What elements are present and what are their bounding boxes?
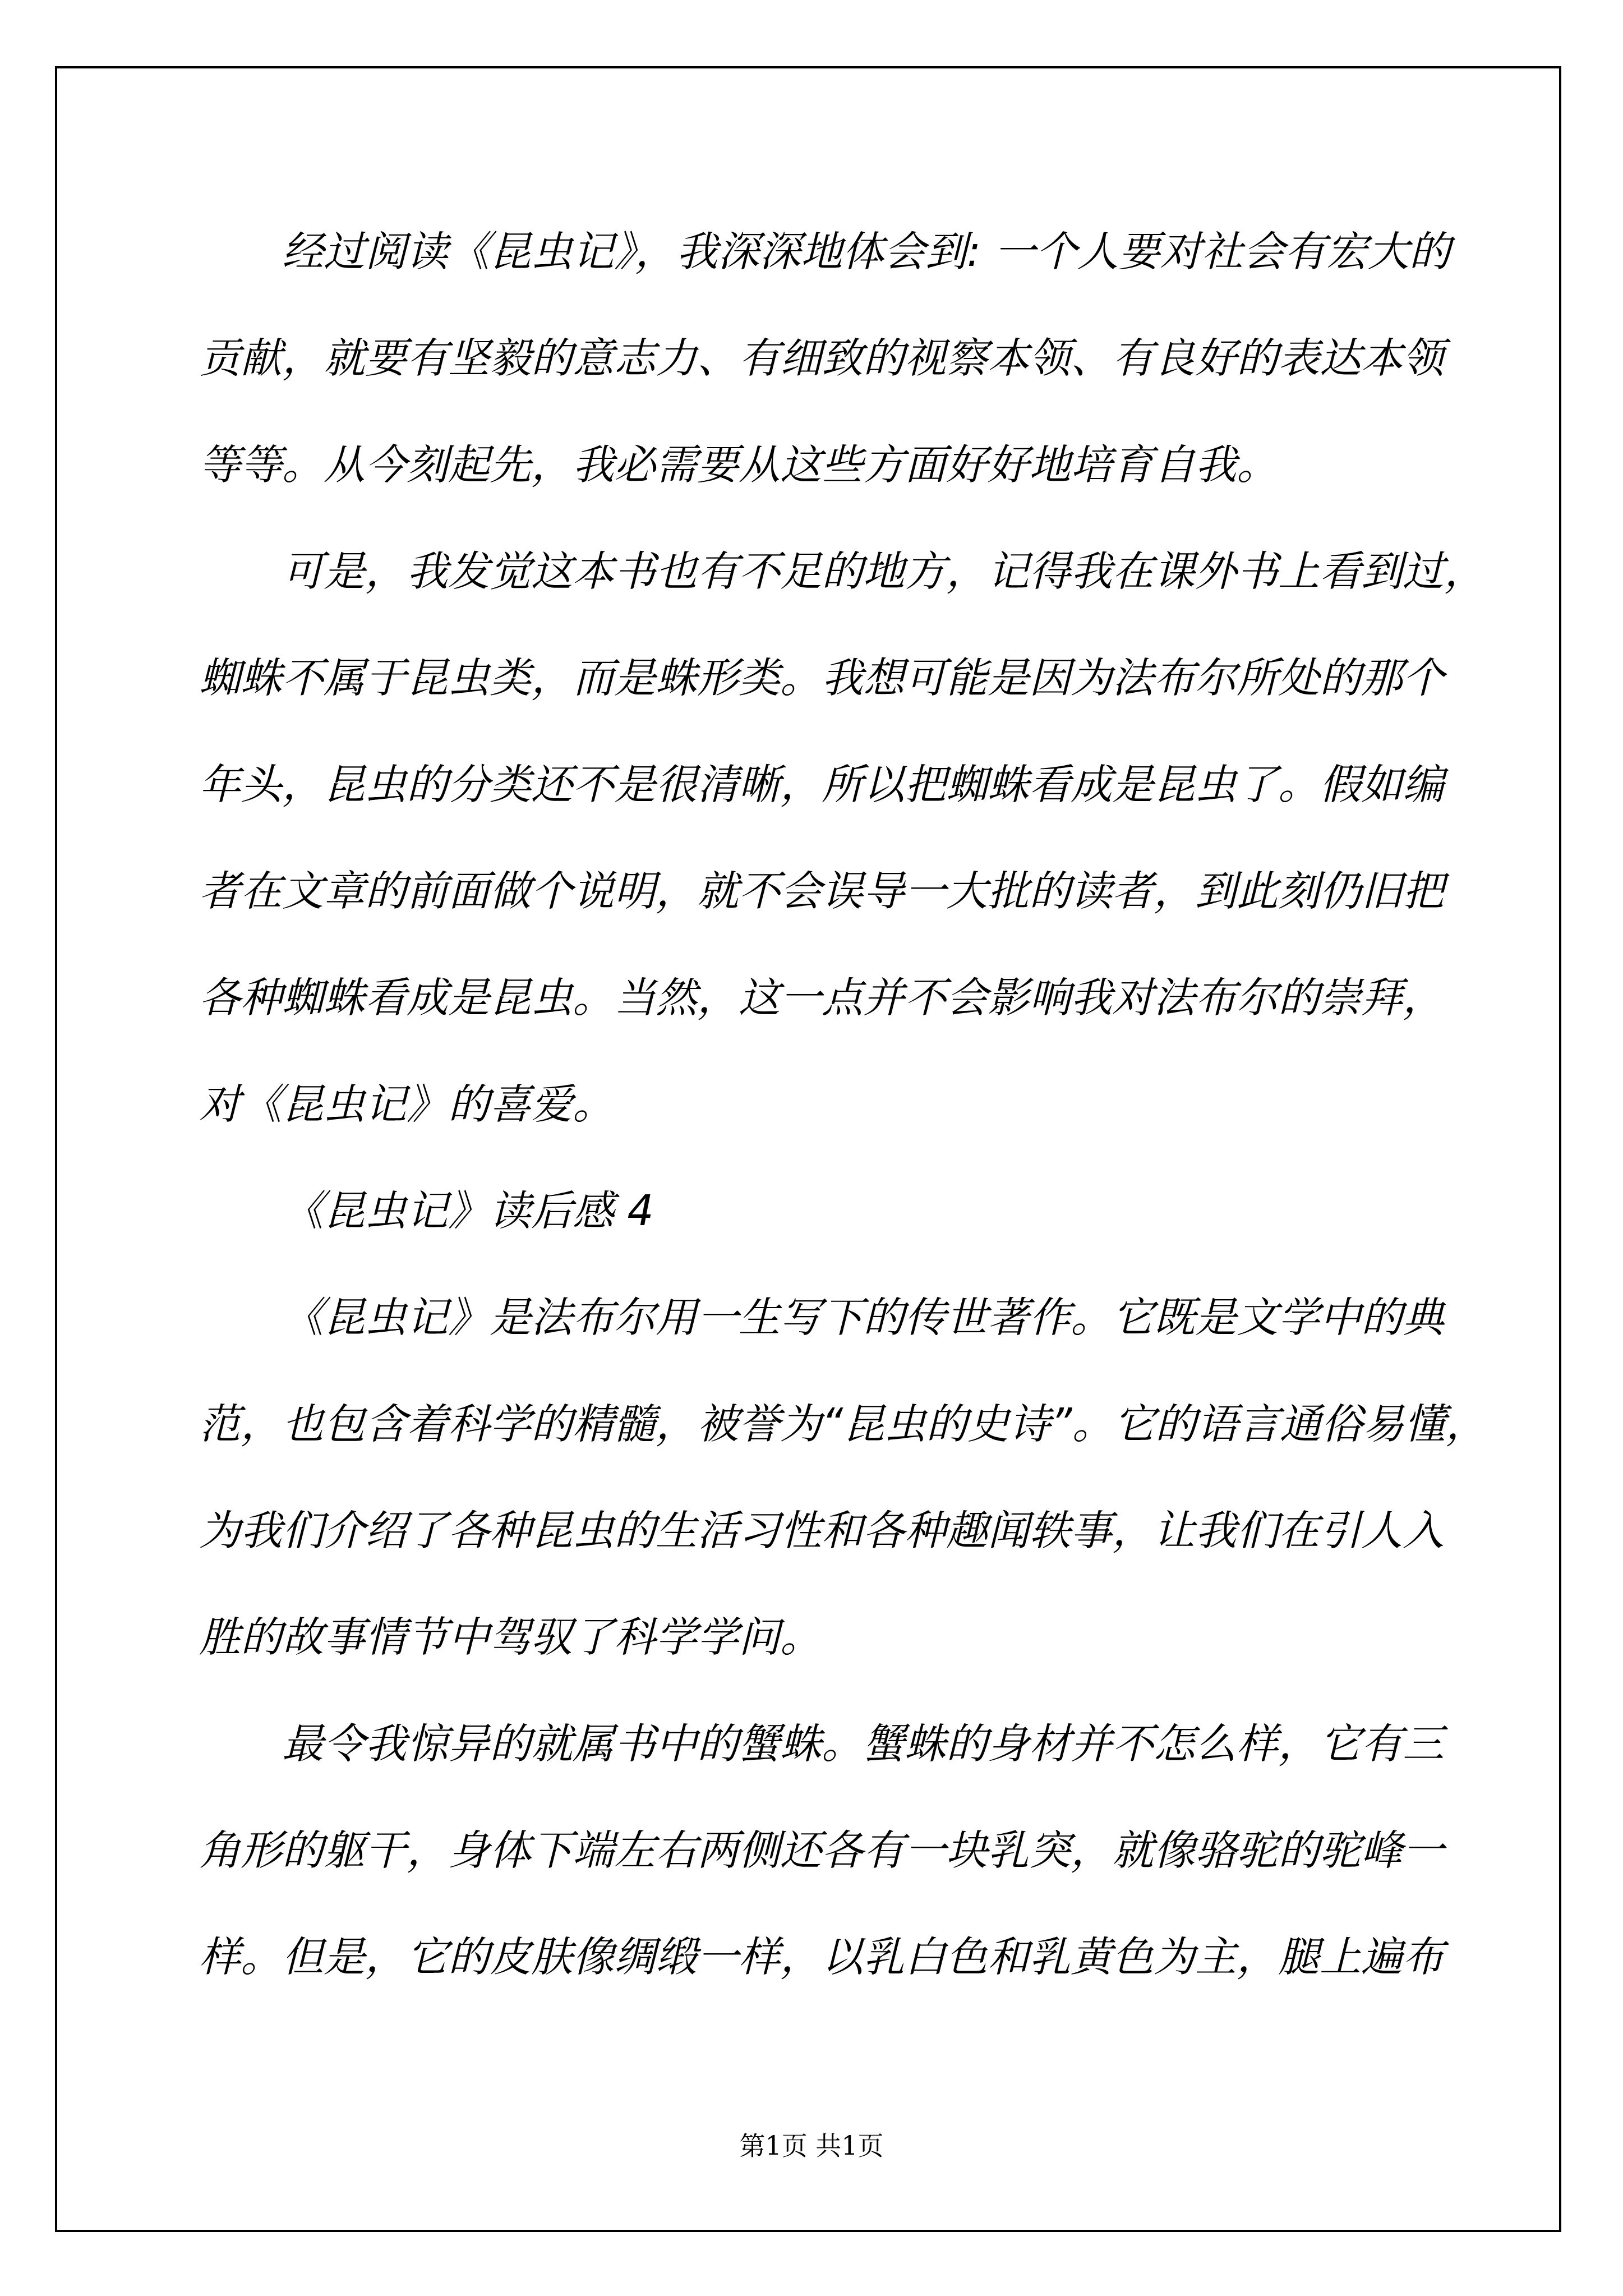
text-line: 可是，我发觉这本书也有不足的地方，记得我在课外书上看到过， (199, 518, 1556, 625)
text-line: 《昆虫记》是法布尔用一生写下的传世著作。它既是文学中的典 (199, 1264, 1556, 1371)
document-body: 经过阅读《昆虫记》，我深深地体会到: 一个人要对社会有宏大的贡献，就要有坚毅的意… (199, 199, 1556, 2010)
text-line: 为我们介绍了各种昆虫的生活习性和各种趣闻轶事，让我们在引人入 (199, 1478, 1556, 1584)
text-line: 年头，昆虫的分类还不是很清晰，所以把蜘蛛看成是昆虫了。假如编 (199, 731, 1556, 838)
text-line: 蜘蛛不属于昆虫类，而是蛛形类。我想可能是因为法布尔所处的那个 (199, 625, 1556, 731)
document-page: { "page": { "background_color": "#ffffff… (0, 0, 1623, 2296)
text-line: 最令我惊异的就属书中的蟹蛛。蟹蛛的身材并不怎么样，它有三 (199, 1691, 1556, 1797)
text-line: 贡献，就要有坚毅的意志力、有细致的视察本领、有良好的表达本领 (199, 305, 1556, 412)
text-line: 等等。从今刻起先，我必需要从这些方面好好地培育自我。 (199, 412, 1556, 518)
text-line: 对《昆虫记》的喜爱。 (199, 1051, 1556, 1158)
text-line: 各种蜘蛛看成是昆虫。当然，这一点并不会影响我对法布尔的崇拜， (199, 945, 1556, 1051)
text-line: 者在文章的前面做个说明，就不会误导一大批的读者，到此刻仍旧把 (199, 838, 1556, 945)
text-line: 胜的故事情节中驾驭了科学学问。 (199, 1584, 1556, 1691)
text-line: 经过阅读《昆虫记》，我深深地体会到: 一个人要对社会有宏大的 (199, 199, 1556, 305)
page-number-footer: 第1页 共1页 (0, 2129, 1623, 2162)
text-line: 范，也包含着科学的精髓，被誉为“昆虫的史诗”。它的语言通俗易懂， (199, 1371, 1556, 1478)
text-line: 样。但是，它的皮肤像绸缎一样，以乳白色和乳黄色为主，腿上遍布 (199, 1904, 1556, 2010)
text-line: 《昆虫记》读后感 4 (199, 1158, 1556, 1264)
text-line: 角形的躯干，身体下端左右两侧还各有一块乳突，就像骆驼的驼峰一 (199, 1797, 1556, 1904)
